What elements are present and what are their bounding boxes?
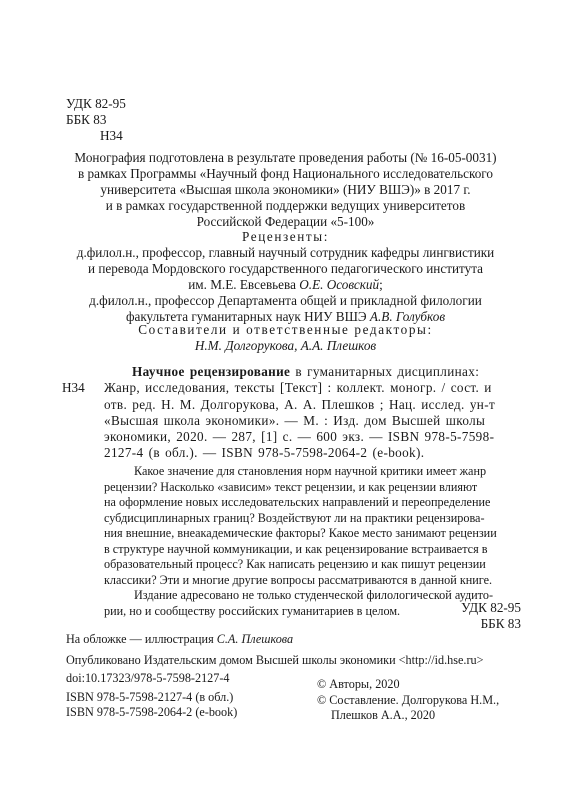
- reviewer-line: им. М.Е. Евсевьева О.Е. Осовский;: [40, 277, 531, 293]
- bbk-code-top: ББК 83: [66, 112, 106, 128]
- publisher-note: Опубликовано Издательским домом Высшей ш…: [66, 653, 484, 668]
- grant-note-line: в рамках Программы «Научный фонд Национа…: [40, 166, 531, 182]
- bibliographic-record: Научное рецензирование в гуманитарных ди…: [104, 364, 523, 462]
- bbk-code-bottom: ББК 83: [481, 616, 521, 632]
- annotation-line: в структуре научной коммуникации, и как …: [104, 542, 523, 558]
- record-line: 2127-4 (в обл.). — ISBN 978-5-7598-2064-…: [104, 445, 523, 461]
- cover-note: На обложке — иллюстрация С.А. Плешкова: [66, 632, 293, 647]
- record-line: Жанр, исследования, тексты [Текст] : кол…: [104, 380, 523, 396]
- annotation-line: рии, но и сообществу российских гуманита…: [104, 604, 523, 620]
- annotation-line: классики? Эти и многие другие вопросы ра…: [104, 573, 523, 589]
- record-line: «Высшая школа экономики». — М. : Изд. до…: [104, 413, 523, 429]
- grant-note-line: Монография подготовлена в результате про…: [40, 150, 531, 166]
- book-imprint-page: УДК 82-95 ББК 83 Н34 Монография подготов…: [0, 0, 571, 807]
- reviewer-line: д.филол.н., профессор Департамента общей…: [40, 293, 531, 309]
- copyright-compilation: © Составление. Долгорукова Н.М.,: [317, 693, 499, 708]
- author-mark-record: Н34: [62, 380, 85, 396]
- annotation-line: рецензии? Насколько «зависим» текст реце…: [104, 480, 523, 496]
- udk-code-bottom: УДК 82-95: [461, 600, 521, 616]
- annotation-line: образовательный процесс? Как написать ре…: [104, 557, 523, 573]
- book-title: Научное рецензирование: [132, 364, 290, 379]
- udk-code-top: УДК 82-95: [66, 96, 126, 112]
- reviewers-heading: Рецензенты:: [40, 229, 531, 245]
- grant-note-line: университета «Высшая школа экономики» (Н…: [40, 182, 531, 198]
- record-line: отв. ред. Н. М. Долгорукова, А. А. Плешк…: [104, 397, 523, 413]
- copyright-compilation-cont: Плешков А.А., 2020: [331, 708, 435, 723]
- doi: doi:10.17323/978-5-7598-2127-4: [66, 671, 230, 686]
- isbn-ebook: ISBN 978-5-7598-2064-2 (e-book): [66, 705, 237, 720]
- grant-note-line: и в рамках государственной поддержки вед…: [40, 198, 531, 214]
- copyright-authors: © Авторы, 2020: [317, 677, 400, 692]
- annotation-line: субдисциплинарных границ? Воздействуют л…: [104, 511, 523, 527]
- editors-section: Составители и ответственные редакторы: Н…: [40, 322, 531, 354]
- reviewers-section: Рецензенты: д.филол.н., профессор, главн…: [40, 229, 531, 325]
- annotation-line: Издание адресовано не только студенческо…: [104, 588, 523, 604]
- grant-note-line: Российской Федерации «5-100»: [40, 214, 531, 230]
- illustrator-name: С.А. Плешкова: [217, 632, 293, 646]
- isbn-print: ISBN 978-5-7598-2127-4 (в обл.): [66, 690, 233, 705]
- annotation-line: на оформление новых исследовательских на…: [104, 495, 523, 511]
- editors-heading: Составители и ответственные редакторы:: [40, 322, 531, 338]
- annotation: Какое значение для становления норм науч…: [104, 464, 523, 619]
- grant-note: Монография подготовлена в результате про…: [40, 150, 531, 230]
- record-line: Научное рецензирование в гуманитарных ди…: [104, 364, 523, 380]
- editors-names: Н.М. Долгорукова, А.А. Плешков: [195, 338, 376, 353]
- reviewer-name: О.Е. Осовский: [299, 277, 379, 292]
- annotation-line: Какое значение для становления норм науч…: [104, 464, 523, 480]
- reviewer-line: д.филол.н., профессор, главный научный с…: [40, 245, 531, 261]
- record-line: экономики, 2020. — 287, [1] с. — 600 экз…: [104, 429, 523, 445]
- annotation-line: ния внешние, внеакадемические факторы? К…: [104, 526, 523, 542]
- author-mark-top: Н34: [100, 128, 123, 144]
- reviewer-line: и перевода Мордовского государственного …: [40, 261, 531, 277]
